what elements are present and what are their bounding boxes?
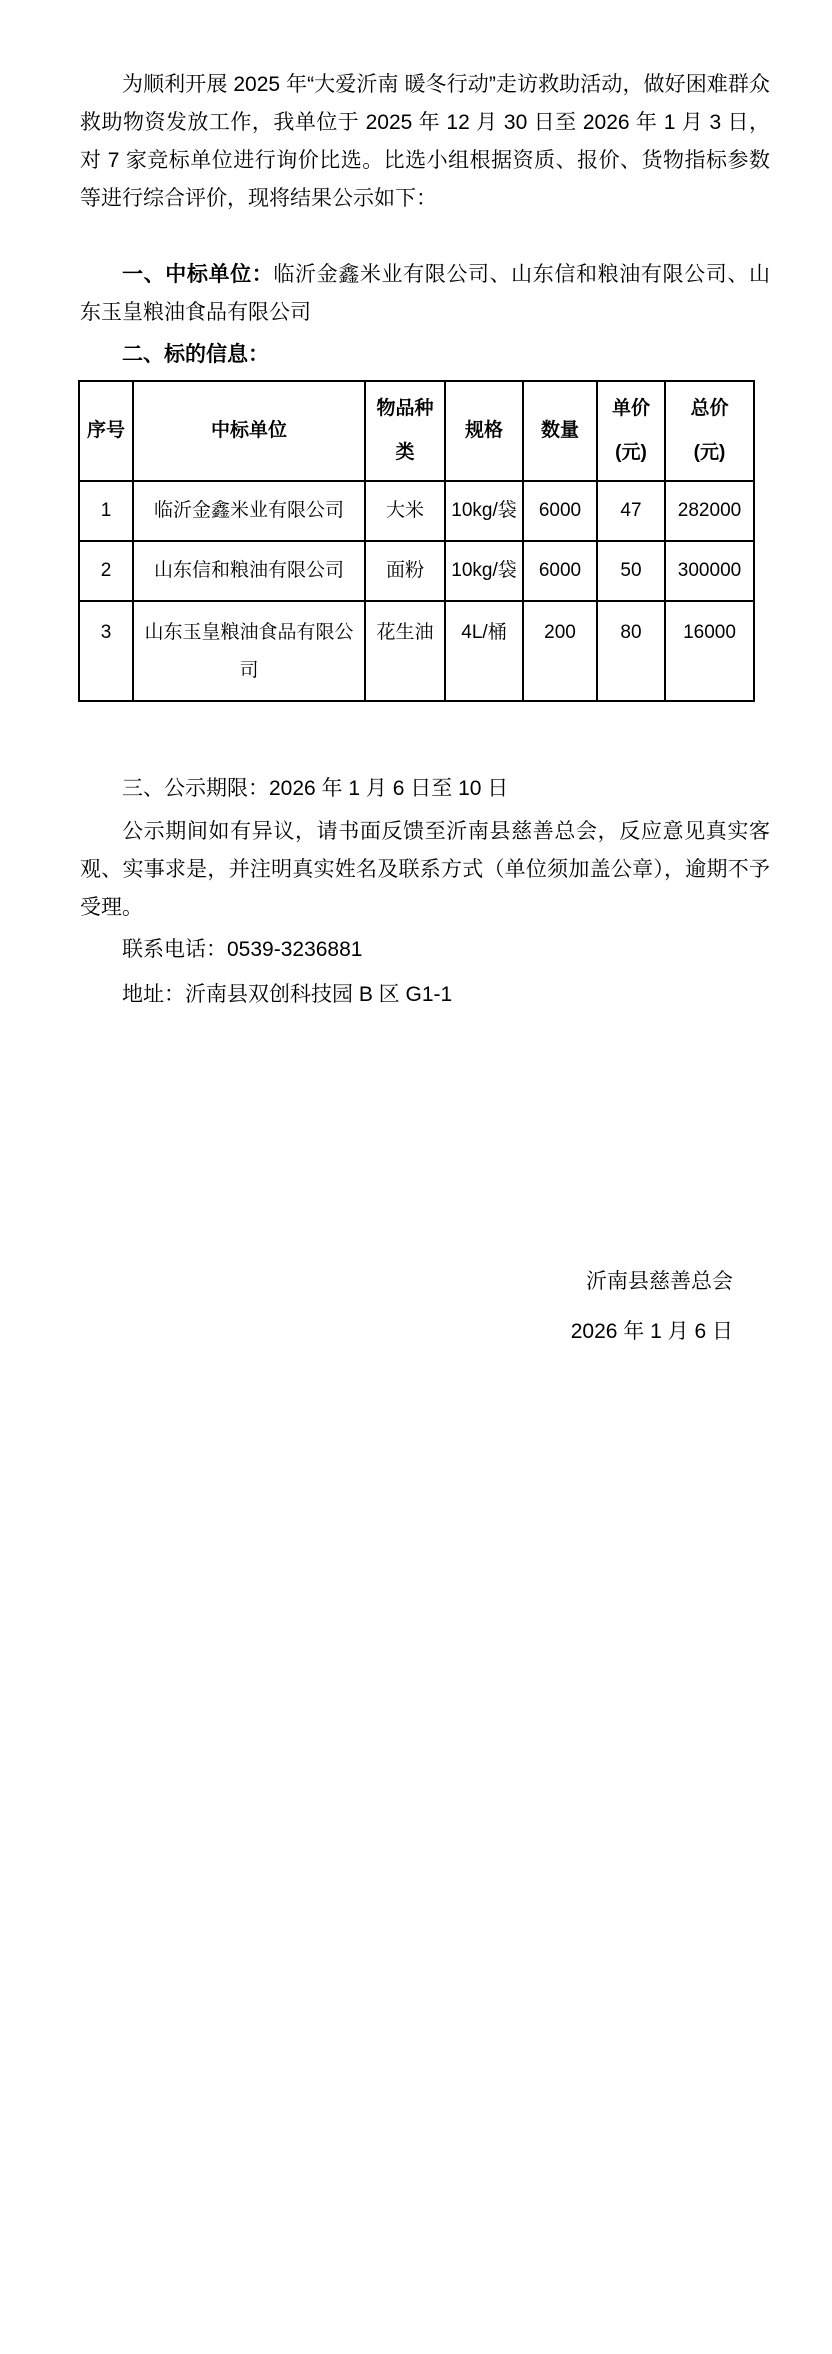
cell-company: 临沂金鑫米业有限公司: [133, 481, 365, 541]
cell-total-price: 282000: [665, 481, 754, 541]
header-total-price-line1: 总价: [690, 398, 728, 419]
signature-organization: 沂南县慈善总会: [80, 1263, 733, 1301]
cell-total-price: 300000: [665, 541, 754, 601]
cell-seq: 1: [79, 481, 133, 541]
table-row: 3 山东玉皇粮油食品有限公司 花生油 4L/桶 200 80 16000: [79, 601, 754, 701]
contact-address-line: 地址：沂南县双创科技园 B 区 G1-1: [80, 976, 770, 1014]
document-page: 为顺利开展 2025 年“大爱沂南 暖冬行动”走访救助活动，做好困难群众救助物资…: [0, 0, 832, 2354]
cell-qty: 6000: [523, 541, 597, 601]
cell-total-price: 16000: [665, 601, 754, 701]
cell-unit-price: 80: [597, 601, 665, 701]
section1-label: 一、中标单位：: [122, 263, 273, 286]
header-item: 物品种类: [365, 381, 445, 481]
cell-qty: 200: [523, 601, 597, 701]
header-total-price: 总价(元): [665, 381, 754, 481]
header-spec: 规格: [445, 381, 523, 481]
table-row: 1 临沂金鑫米业有限公司 大米 10kg/袋 6000 47 282000: [79, 481, 754, 541]
section-winning-bidders: 一、中标单位：临沂金鑫米业有限公司、山东信和粮油有限公司、山东玉皇粮油食品有限公…: [80, 256, 770, 332]
table-row: 2 山东信和粮油有限公司 面粉 10kg/袋 6000 50 300000: [79, 541, 754, 601]
cell-item: 面粉: [365, 541, 445, 601]
cell-qty: 6000: [523, 481, 597, 541]
header-unit-price-line1: 单价: [612, 398, 650, 419]
header-qty: 数量: [523, 381, 597, 481]
header-unit-price-line2: (元): [615, 442, 647, 463]
objection-paragraph: 公示期间如有异议，请书面反馈至沂南县慈善总会，反应意见真实客观、实事求是，并注明…: [80, 813, 770, 927]
section-bid-info-heading: 二、标的信息：: [80, 336, 770, 374]
signature-date: 2026 年 1 月 6 日: [80, 1313, 733, 1351]
cell-spec: 10kg/袋: [445, 481, 523, 541]
bid-info-table: 序号 中标单位 物品种类 规格 数量 单价(元) 总价(元) 1 临沂金鑫米业有…: [78, 380, 755, 702]
cell-company: 山东信和粮油有限公司: [133, 541, 365, 601]
header-seq: 序号: [79, 381, 133, 481]
cell-seq: 2: [79, 541, 133, 601]
cell-spec: 10kg/袋: [445, 541, 523, 601]
cell-unit-price: 47: [597, 481, 665, 541]
header-unit-price: 单价(元): [597, 381, 665, 481]
table-header-row: 序号 中标单位 物品种类 规格 数量 单价(元) 总价(元): [79, 381, 754, 481]
contact-phone-line: 联系电话：0539-3236881: [80, 931, 770, 969]
cell-company: 山东玉皇粮油食品有限公司: [133, 601, 365, 701]
header-total-price-line2: (元): [694, 442, 726, 463]
cell-unit-price: 50: [597, 541, 665, 601]
signature-block: 沂南县慈善总会 2026 年 1 月 6 日: [80, 1263, 770, 1351]
cell-item: 花生油: [365, 601, 445, 701]
cell-item: 大米: [365, 481, 445, 541]
cell-seq: 3: [79, 601, 133, 701]
cell-spec: 4L/桶: [445, 601, 523, 701]
header-company: 中标单位: [133, 381, 365, 481]
intro-paragraph: 为顺利开展 2025 年“大爱沂南 暖冬行动”走访救助活动，做好困难群众救助物资…: [80, 66, 770, 218]
section-publicity-period: 三、公示期限：2026 年 1 月 6 日至 10 日: [80, 770, 770, 808]
